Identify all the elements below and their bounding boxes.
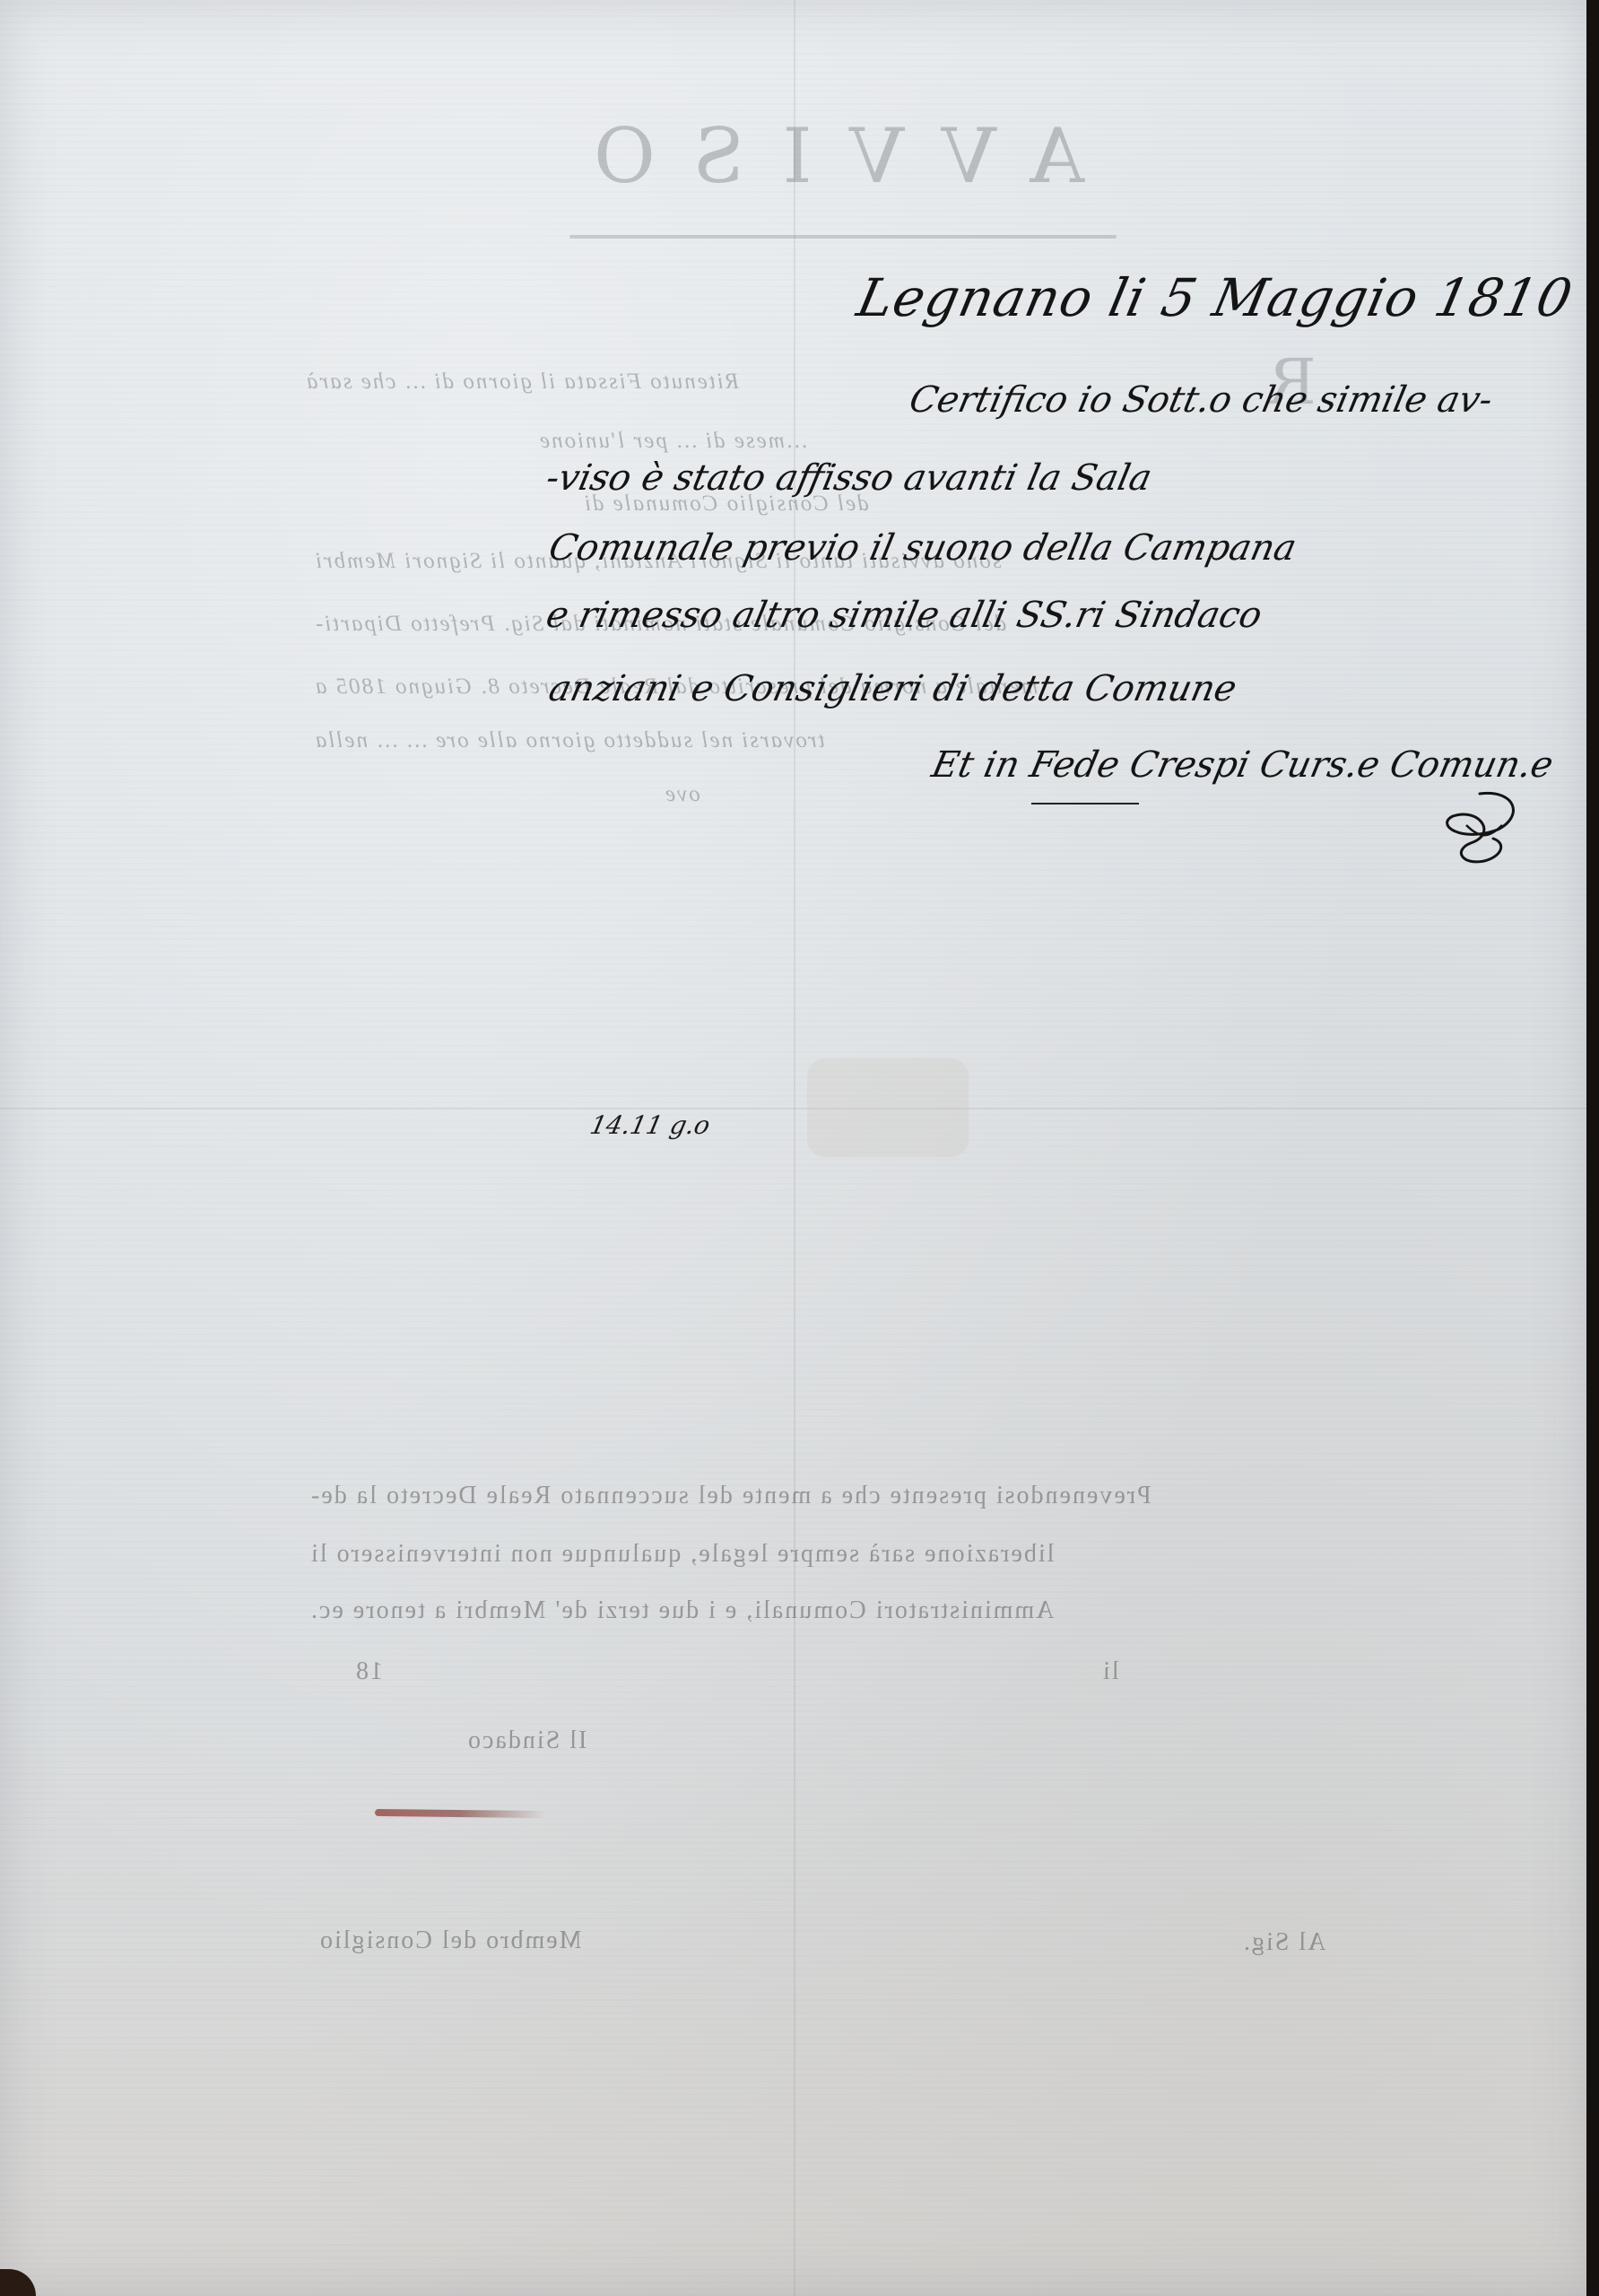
bleed-through-date-fragment: 18 bbox=[354, 1657, 383, 1686]
document-page: AVVISO R Ritenuto Fissata il giorno di .… bbox=[0, 0, 1589, 2296]
paper-stain bbox=[807, 1058, 969, 1157]
bleed-through-line: trovarsi nel suddetto giorno alle ore ..… bbox=[314, 728, 825, 753]
margin-note: 14.11 g.o bbox=[587, 1110, 713, 1140]
bleed-through-membro-label: Membro del Consiglio bbox=[318, 1926, 582, 1955]
bleed-through-date-fragment: li bbox=[1101, 1657, 1119, 1686]
bleed-through-bottom-line: Amministratori Comunali, e i due terzi d… bbox=[309, 1596, 1054, 1625]
damaged-corner bbox=[0, 2269, 36, 2296]
bleed-through-bottom-line: Prevenendosi presente che a mente del su… bbox=[309, 1482, 1151, 1510]
handwritten-line: -viso è stato affisso avanti la Sala bbox=[543, 457, 1155, 499]
bleed-through-line: ...mese di ... per l'unione bbox=[538, 429, 807, 454]
bleed-through-title: AVVISO bbox=[556, 112, 1084, 200]
red-ink-mark bbox=[375, 1809, 545, 1818]
bleed-through-bottom-line: liberazione sarà sempre legale, qualunqu… bbox=[309, 1540, 1054, 1569]
handwritten-line: anziani e Consiglieri di detta Comune bbox=[545, 668, 1240, 709]
bleed-through-line: ove bbox=[664, 782, 700, 807]
handwritten-line: Certifico io Sott.o che simile av- bbox=[906, 379, 1496, 421]
handwritten-date-line: Legnano li 5 Maggio 1810 bbox=[852, 267, 1578, 328]
signature-underline bbox=[1031, 803, 1139, 804]
bleed-through-addressee-label: Al Sig. bbox=[1242, 1928, 1325, 1957]
bleed-through-title-rule bbox=[569, 235, 1117, 239]
horizontal-fold-crease bbox=[0, 1108, 1589, 1109]
handwritten-signature-line: Et in Fede Crespi Curs.e Comun.e bbox=[928, 744, 1557, 786]
bleed-through-sindaco-label: Il Sindaco bbox=[466, 1726, 587, 1755]
page-edge-shadow bbox=[1586, 0, 1599, 2296]
handwritten-line: e rimesso altro simile alli SS.ri Sindac… bbox=[543, 595, 1265, 636]
signature-flourish-icon bbox=[1426, 789, 1534, 879]
bleed-through-line: Ritenuto Fissata il giorno di ... che sa… bbox=[305, 370, 739, 395]
vertical-fold-crease bbox=[794, 0, 795, 2296]
handwritten-line: Comunale previo il suono della Campana bbox=[545, 527, 1300, 569]
